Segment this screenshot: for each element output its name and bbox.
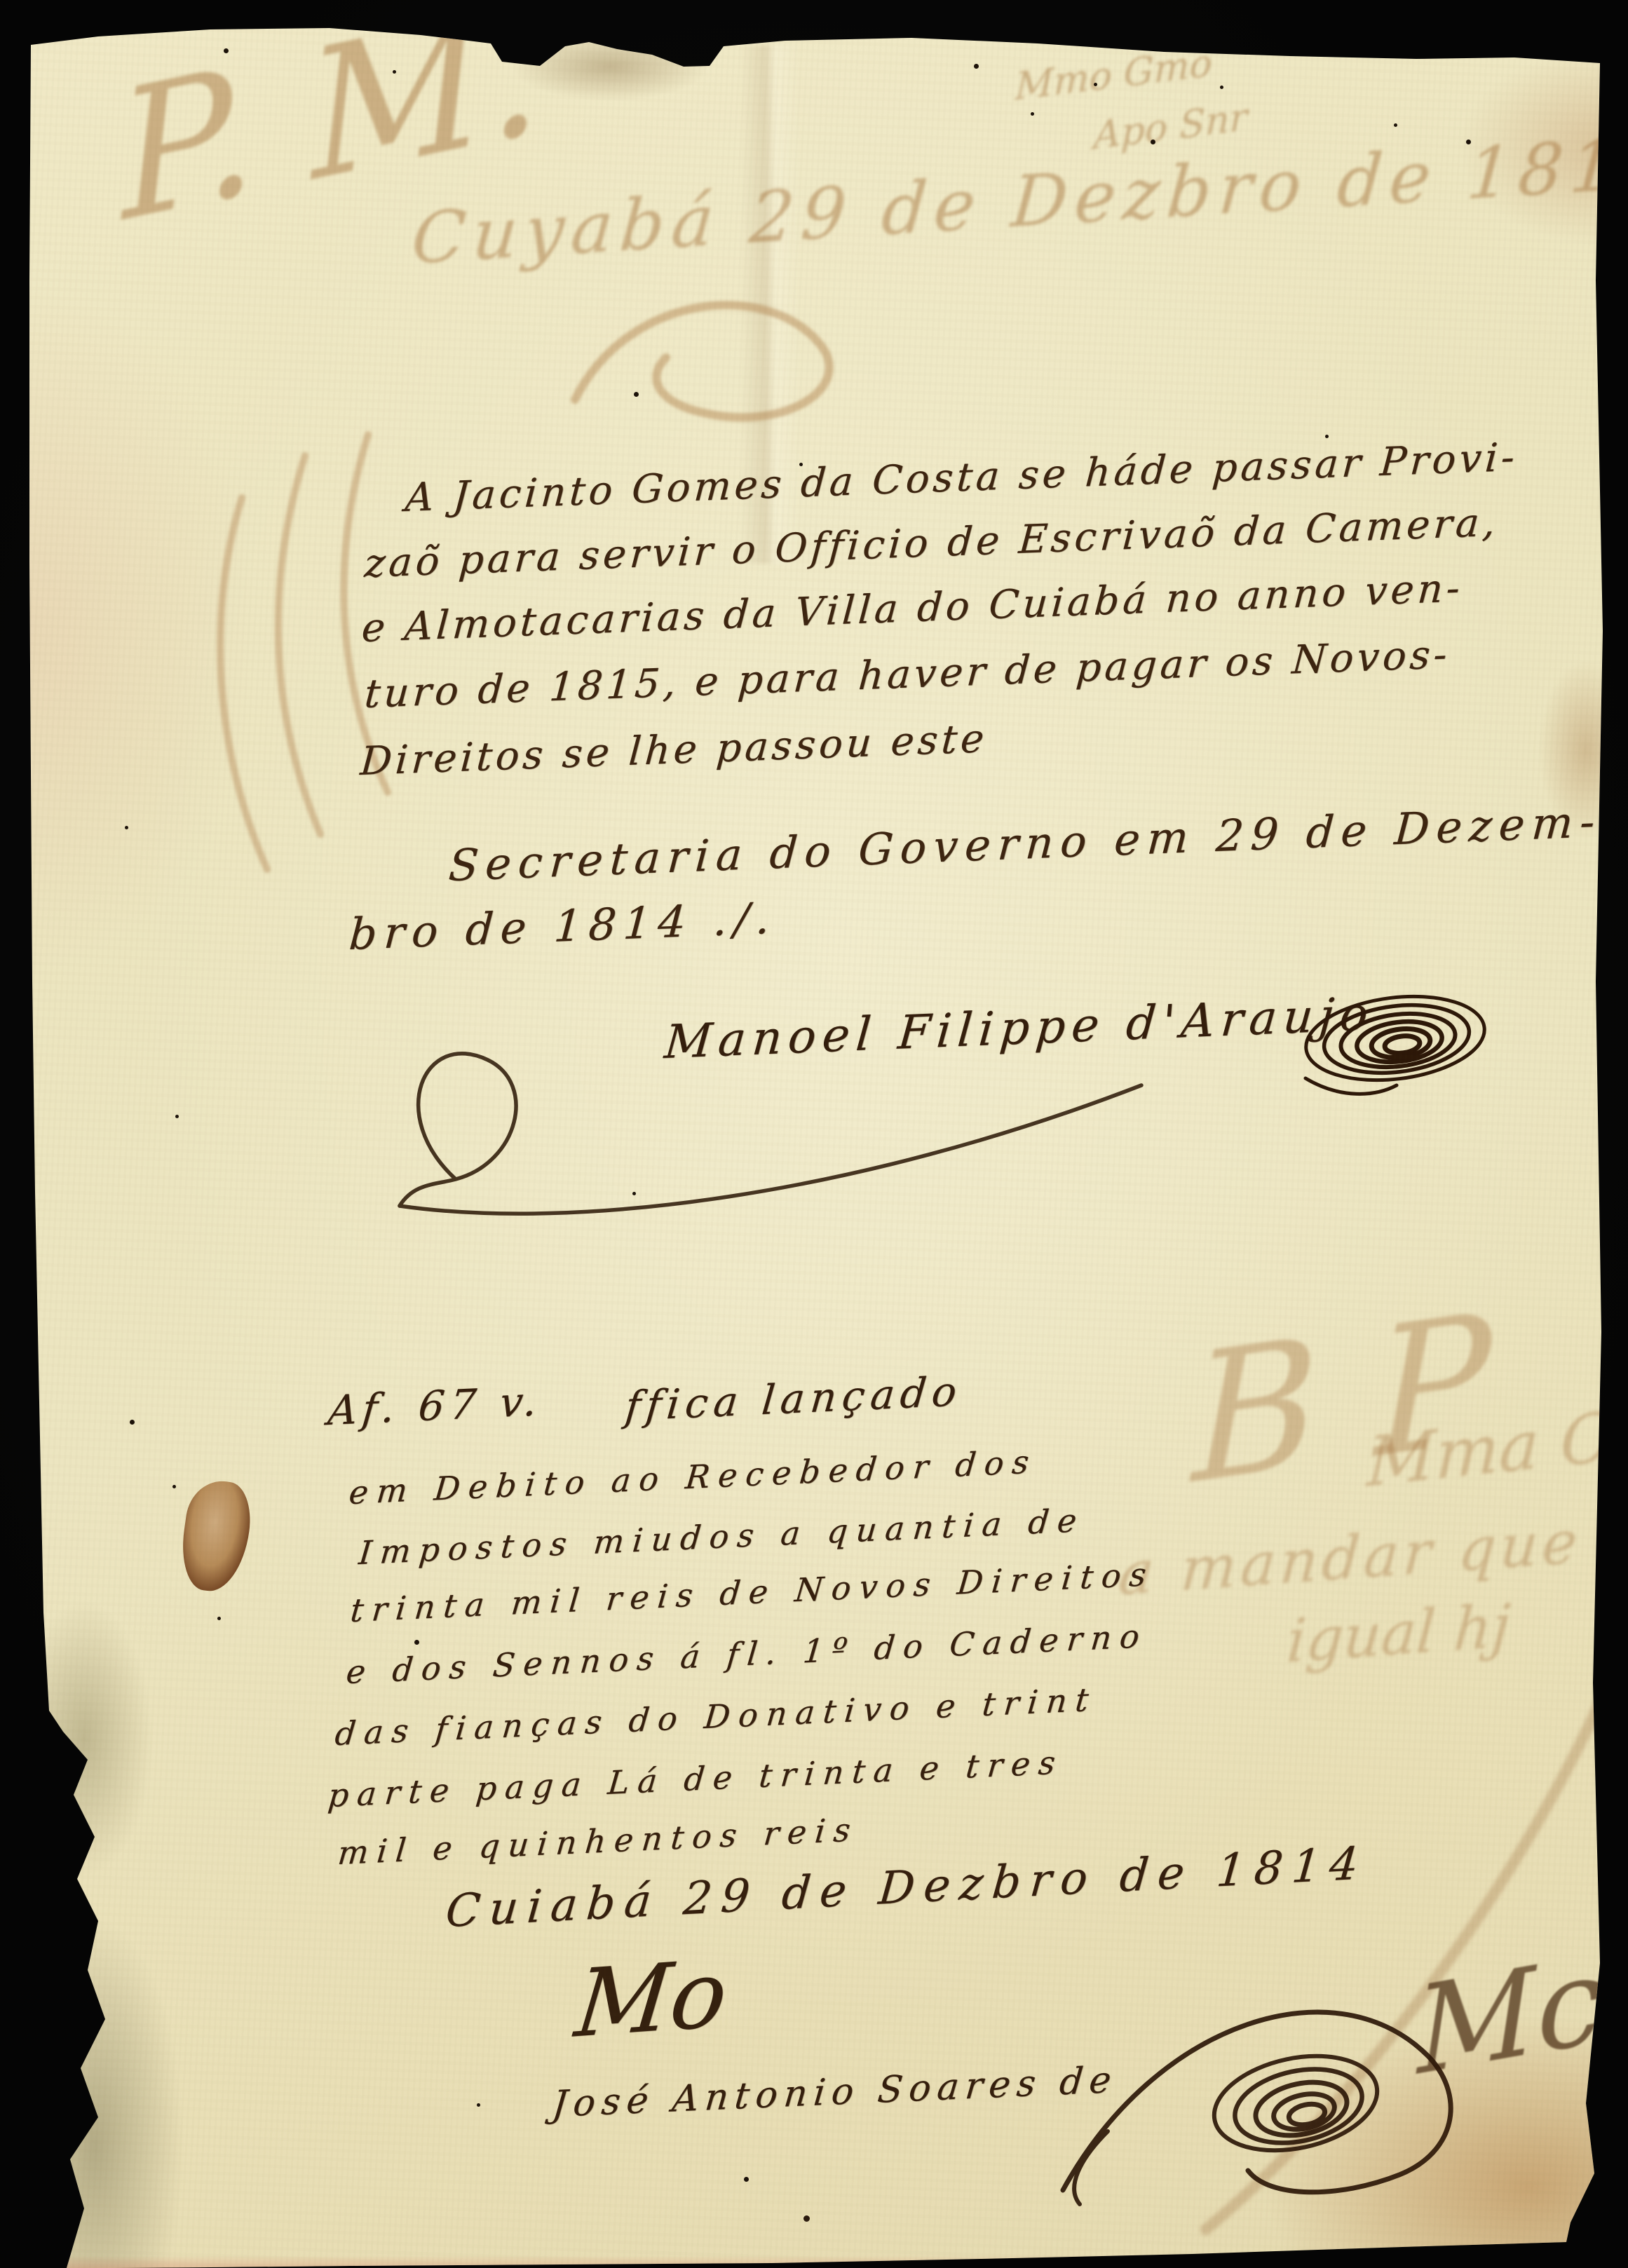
provision-line-5: Direitos se lhe passou este (359, 716, 989, 785)
photo-background: P. M. Cuyabá 29 de Dezbro de 1815 Mmo Gm… (0, 0, 1628, 2268)
signature-underline-flourish (351, 996, 1157, 1220)
ink-blot-stain (176, 1476, 255, 1595)
margin-bleed-curves (200, 414, 431, 904)
registry-line-2: Impostos miudos a quantia de (357, 1501, 1086, 1572)
paper-specks (0, 0, 4, 4)
registry-line-6: parte paga Lá de trinta e tres (326, 1743, 1065, 1814)
header-flourish (547, 252, 855, 442)
registry-line-7: mil e quinhentos reis (336, 1810, 860, 1872)
registry-paraph: Mo (571, 1939, 732, 2058)
bleedthrough-mark-3: igual hj (1285, 1591, 1513, 1676)
registry-line-5: das fianças do Donativo e trint (333, 1680, 1098, 1753)
top-right-note-line1: Mmo Gmo (1015, 40, 1212, 109)
registry-opening: ffica lançado (623, 1367, 965, 1430)
registry-rubric-flourish (1038, 1921, 1514, 2215)
registry-line-4: e dos Sennos á fl. 1º do Caderno (344, 1617, 1149, 1691)
registry-line-1: em Debito ao Recebedor dos (347, 1442, 1038, 1512)
manuscript-paper: P. M. Cuyabá 29 de Dezbro de 1815 Mmo Gm… (0, 0, 1628, 2268)
signature-jose-antonio: José Antonio Soares de (550, 2059, 1119, 2126)
secretariat-line-1: Secretaria do Governo em 29 de Dezem- (447, 796, 1603, 891)
registry-folio-ref: Af. 67 v. (326, 1377, 545, 1434)
signature-rubric-spiral (1298, 966, 1492, 1111)
